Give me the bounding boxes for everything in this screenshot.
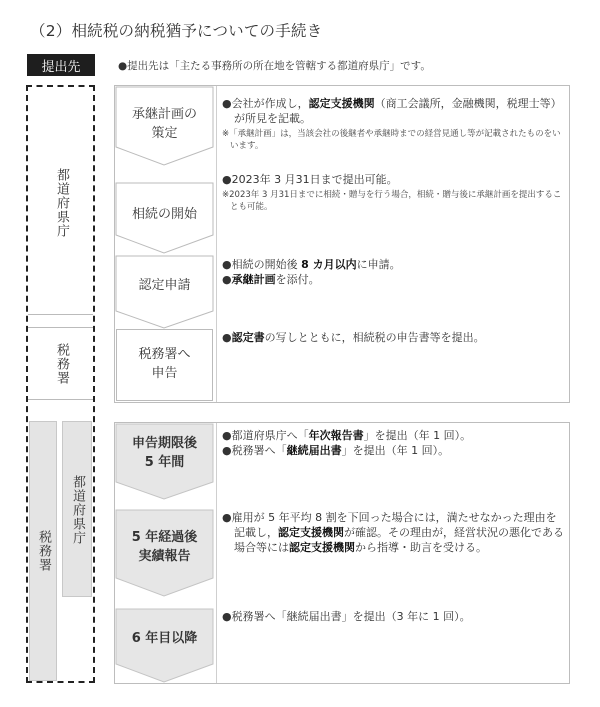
arrow-down-shape — [116, 256, 213, 336]
step-sixth-year-onward: 6 年目以降 — [116, 609, 213, 669]
divider — [28, 314, 93, 315]
step-tax-filing-description: ●認定書の写しとともに，相続税の申告書等を提出。 — [222, 330, 564, 345]
step-certification-description: ●相続の開始後 8 カ月以内に申請。 ●承継計画を添付。 — [222, 257, 564, 287]
step-inheritance-description: ●2023年 3 月31日まで提出可能。 ※2023年 3 月31日までに相続・… — [222, 172, 564, 214]
page-title: （2）相続税の納税猶予についての手続き — [30, 19, 322, 41]
divider — [28, 327, 93, 328]
label-tax-office-upper: 税務署 — [52, 343, 71, 385]
step-certification-application: 認定申請 — [116, 256, 213, 316]
destination-text: ●提出先は「主たる事務所の所在地を管轄する都道府県庁」です。 — [118, 58, 431, 73]
step-performance-report: 5 年経過後 実績報告 — [116, 510, 213, 585]
label-tax-office-lower: 税務署 — [34, 530, 53, 572]
step-inheritance-start: 相続の開始 — [116, 185, 213, 245]
step-sixth-year-description: ●税務署へ「継続届出書」を提出（3 年に 1 回）。 — [222, 609, 564, 624]
step-plan-description: ●会社が作成し，認定支援機関（商工会議所，金融機関，税理士等）が所見を記載。 ※… — [222, 96, 564, 153]
arrow-down-shape — [116, 609, 213, 689]
divider — [28, 399, 93, 400]
label-prefecture-lower: 都道府県庁 — [68, 475, 87, 545]
column-separator — [216, 423, 217, 683]
destination-badge: 提出先 — [27, 54, 95, 76]
step-tax-filing: 税務署へ 申告 — [116, 329, 213, 401]
step-performance-description: ●雇用が 5 年平均 8 割を下回った場合には，満たせなかった理由を記載し，認定… — [222, 510, 564, 556]
step-five-year-description: ●都道府県庁へ「年次報告書」を提出（年 1 回）。 ●税務署へ「継続届出書」を提… — [222, 428, 564, 458]
label-prefecture-upper: 都道府県庁 — [52, 168, 71, 238]
step-five-year-period: 申告期限後 5 年間 — [116, 424, 213, 484]
column-separator — [216, 86, 217, 402]
step-plan-formulation: 承継計画の 策定 — [116, 87, 213, 162]
